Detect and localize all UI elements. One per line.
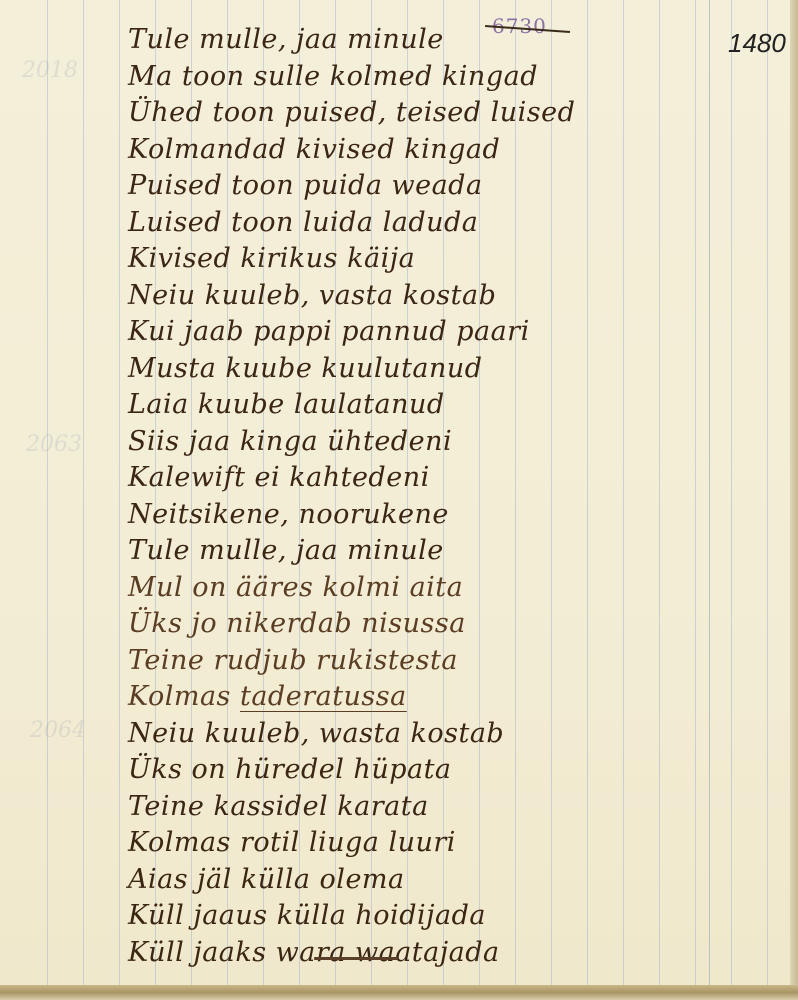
poem-line: Kolmas rotil liuga luuri [128, 825, 575, 862]
poem-line: Kalewift ei kahtedeni [128, 460, 575, 497]
poem-line: Kolmandad kivised kingad [128, 132, 575, 169]
poem-line: Kivised kirikus käija [128, 241, 575, 278]
poem-line: Laia kuube laulatanud [128, 387, 575, 424]
poem-line: Teine kassidel karata [128, 789, 575, 826]
manuscript-page: 2018 2063 2064 6730 1480 Tule mulle, jaa… [0, 0, 790, 985]
poem-line: Teine rudjub rukistesta [128, 643, 575, 680]
end-of-text-rule [314, 957, 398, 960]
poem-line: Ühed toon puised, teised luised [128, 95, 575, 132]
page-edge-bottom [0, 985, 798, 1000]
poem-line: Üks jo nikerdab nisussa [128, 606, 575, 643]
poem-line-prefix: Kolmas [128, 681, 240, 712]
poem-line: Üks on hüredel hüpata [128, 752, 575, 789]
bleed-through-mark: 2063 [26, 432, 82, 457]
page-edge-right [790, 0, 798, 1000]
poem-line: Ma toon sulle kolmed kingad [128, 59, 575, 96]
poem-line: Tule mulle, jaa minule [128, 533, 575, 570]
poem-line: Musta kuube kuulutanud [128, 351, 575, 388]
poem-line: Küll jaaus külla hoidijada [128, 898, 575, 935]
bleed-through-mark: 2018 [22, 58, 78, 83]
poem-line: Puised toon puida weada [128, 168, 575, 205]
poem-line: Neitsikene, noorukene [128, 497, 575, 534]
poem-line: Tule mulle, jaa minule [128, 22, 575, 59]
poem-line: Neiu kuuleb, vasta kostab [128, 278, 575, 315]
poem-line: Kui jaab pappi pannud paari [128, 314, 575, 351]
poem-line: Küll jaaks wara waatajada [128, 935, 575, 972]
poem-line: Mul on ääres kolmi aita [128, 570, 575, 607]
poem-line: Siis jaa kinga ühtedeni [128, 424, 575, 461]
poem-line-underlined: Kolmas taderatussa [128, 679, 575, 716]
page-number: 1480 [728, 28, 786, 59]
poem-line: Aias jäl külla olema [128, 862, 575, 899]
margin-line [709, 0, 710, 985]
underlined-word: taderatussa [240, 681, 407, 712]
poem-line: Neiu kuuleb, wasta kostab [128, 716, 575, 753]
poem-text: Tule mulle, jaa minule Ma toon sulle kol… [128, 22, 575, 971]
bleed-through-mark: 2064 [30, 718, 86, 743]
poem-line: Luised toon luida laduda [128, 205, 575, 242]
